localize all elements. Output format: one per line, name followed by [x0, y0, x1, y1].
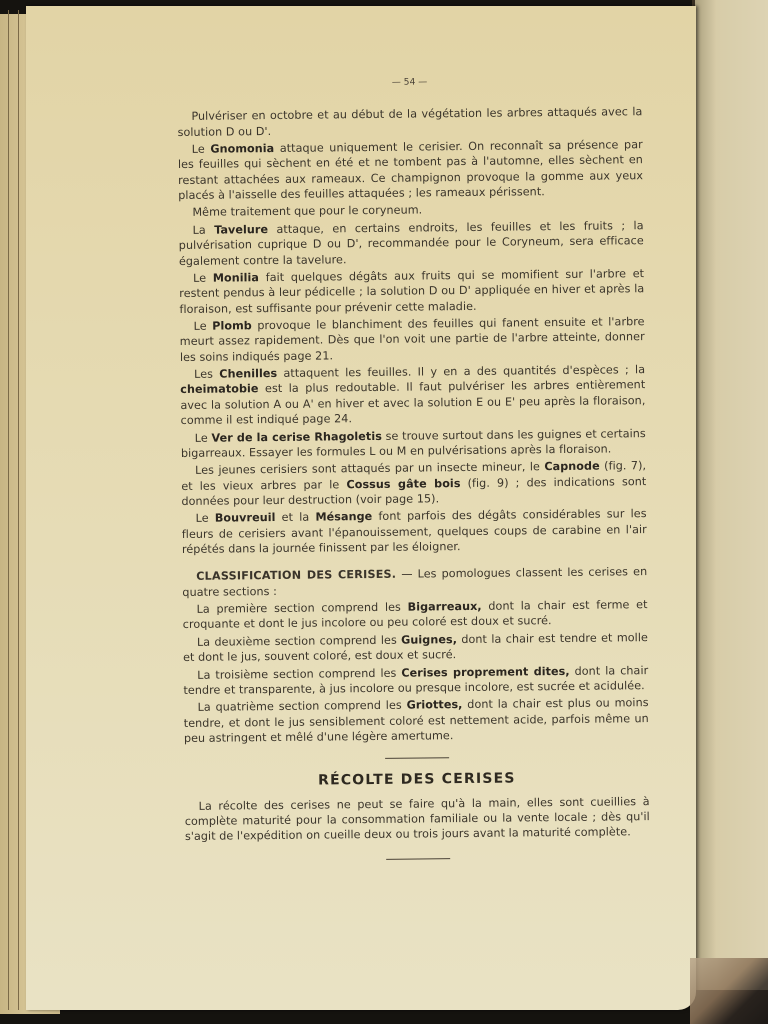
classification-section-4: La quatrième section comprend les Griott…: [184, 696, 649, 747]
section-title-recolte: RÉCOLTE DES CERISES: [184, 770, 649, 790]
book-photo: — 54 — Pulvériser en octobre et au début…: [0, 0, 768, 1024]
paragraph-chenilles: Les Chenilles attaquent les feuilles. Il…: [180, 362, 646, 428]
paragraph-bouvreuil: Le Bouvreuil et la Mésange font parfois …: [182, 507, 647, 558]
end-divider: [386, 858, 450, 860]
term-bigarreaux: Bigarreaux,: [408, 600, 482, 614]
paragraph-rhagoletis: Le Ver de la cerise Rhagoletis se trouve…: [181, 426, 646, 461]
paragraph-gnomonia: Le Gnomonia attaque uniquement le cerisi…: [178, 137, 644, 203]
page-edge-line: [8, 10, 9, 1010]
term-mesange: Mésange: [315, 510, 372, 524]
classification-heading: CLASSIFICATION DES CERISES.: [196, 568, 396, 583]
term-griottes: Griottes,: [407, 698, 463, 712]
page-edge-line: [18, 10, 19, 1010]
classification-intro: CLASSIFICATION DES CERISES. — Les pomolo…: [182, 564, 647, 599]
paragraph-pulverisation: Pulvériser en octobre et au début de la …: [177, 104, 642, 139]
section-divider: [385, 758, 449, 760]
paragraph-plomb: Le Plomb provoque le blanchiment des feu…: [180, 314, 645, 365]
term-capnode: Capnode: [544, 460, 600, 474]
classification-section-2: La deuxième section comprend les Guignes…: [183, 630, 648, 665]
classification-section-3: La troisième section comprend les Cerise…: [183, 663, 648, 698]
term-plomb: Plomb: [212, 319, 252, 332]
facing-page: [694, 0, 768, 990]
paragraph-recolte: La récolte des cerises ne peut se faire …: [185, 794, 650, 845]
term-tavelure: Tavelure: [214, 223, 268, 237]
term-cerises-proprement-dites: Cerises proprement dites,: [401, 665, 569, 680]
corner-thumbnail-overlay: [690, 958, 768, 1024]
term-chenilles: Chenilles: [219, 367, 277, 381]
term-gnomonia: Gnomonia: [210, 142, 274, 156]
classification-section-1: La première section comprend les Bigarre…: [182, 597, 647, 632]
term-rhagoletis: Ver de la cerise Rhagoletis: [211, 429, 382, 444]
paragraph-coryneum: Même traitement que pour le coryneum.: [178, 201, 643, 221]
term-cheimatobie: cheimatobie: [180, 383, 258, 397]
paragraph-monilia: Le Monilia fait quelques dégâts aux frui…: [179, 266, 644, 317]
paragraph-capnode: Les jeunes cerisiers sont attaqués par u…: [181, 458, 646, 509]
term-guignes: Guignes,: [401, 633, 457, 647]
paragraph-tavelure: La Tavelure attaque, en certains endroit…: [179, 218, 644, 269]
term-bouvreuil: Bouvreuil: [215, 511, 276, 525]
page-text: — 54 — Pulvériser en octobre et au début…: [177, 73, 650, 875]
term-monilia: Monilia: [213, 271, 259, 284]
term-cossus: Cossus gâte bois: [346, 477, 460, 491]
